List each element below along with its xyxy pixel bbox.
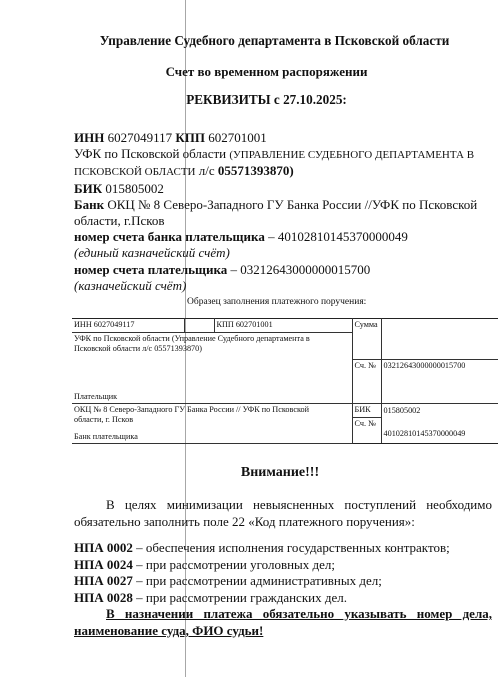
payer-account-note: (казначейский счёт) bbox=[74, 278, 494, 294]
recipient-prefix: УФК по Псковской области bbox=[74, 146, 226, 161]
cell-kpp: КПП 602701001 bbox=[214, 319, 352, 333]
account-type-title: Счет во временном распоряжении bbox=[40, 64, 493, 80]
payment-purpose-notice: В назначении платежа обязательно указыва… bbox=[74, 605, 492, 639]
code-text: – при рассмотрении гражданских дел. bbox=[133, 590, 347, 605]
recipient-line-2: ПСКОВСКОЙ ОБЛАСТИ л/с 05571393870) bbox=[74, 163, 494, 180]
cell-payer-name: УФК по Псковской области (Управление Суд… bbox=[72, 333, 352, 360]
cell-bank-account-label: Сч. № bbox=[352, 418, 381, 444]
bank-line-1: Банк ОКЦ № 8 Северо-Западного ГУ Банка Р… bbox=[74, 197, 494, 213]
recipient-caps-1: (УПРАВЛЕНИЕ СУДЕБНОГО ДЕПАРТАМЕНТА В bbox=[229, 149, 474, 161]
code-item: НПА 0002 – обеспечения исполнения госуда… bbox=[74, 540, 494, 557]
code-item: НПА 0028 – при рассмотрении гражданских … bbox=[74, 590, 494, 607]
attention-paragraph: В целях минимизации невыясненных поступл… bbox=[74, 496, 492, 530]
attention-paragraph-text: В целях минимизации невыясненных поступл… bbox=[74, 497, 492, 529]
payment-sample-caption: Образец заполнения платежного поручения: bbox=[187, 297, 366, 307]
payer-bank-account-label: номер счета банка плательщика bbox=[74, 229, 265, 244]
payer-account-value: – 03212643000000015700 bbox=[231, 262, 371, 277]
attention-title: Внимание!!! bbox=[0, 465, 501, 481]
cell-payer-label: Плательщик bbox=[72, 360, 352, 404]
bank-name-line-2: области, г. Псков bbox=[74, 415, 350, 425]
notice-text: В назначении платежа обязательно указыва… bbox=[74, 606, 492, 638]
code-label: НПА 0024 bbox=[74, 557, 133, 572]
bank-label: Банк bbox=[74, 197, 104, 212]
cell-sum-value bbox=[381, 319, 498, 360]
bank-line-2: области, г.Псков bbox=[74, 213, 494, 229]
code-text: – при рассмотрении административных дел; bbox=[133, 573, 382, 588]
cell-bik-label: БИК bbox=[352, 404, 381, 418]
inn-value: 6027049117 bbox=[108, 130, 173, 145]
code-text: – обеспечения исполнения государственных… bbox=[133, 540, 450, 555]
payer-bank-label: Банк плательщика bbox=[74, 432, 350, 442]
ls-value: 05571393870) bbox=[218, 163, 294, 178]
code-text: – при рассмотрении уголовных дел; bbox=[133, 557, 335, 572]
payment-codes-list: НПА 0002 – обеспечения исполнения госуда… bbox=[74, 540, 494, 606]
payer-account-line: номер счета плательщика – 03212643000000… bbox=[74, 262, 494, 278]
code-item: НПА 0027 – при рассмотрении администрати… bbox=[74, 573, 494, 590]
kpp-value: 602701001 bbox=[208, 130, 267, 145]
recipient-caps-2: ПСКОВСКОЙ ОБЛАСТИ bbox=[74, 166, 196, 178]
recipient-line-1: УФК по Псковской области (УПРАВЛЕНИЕ СУД… bbox=[74, 146, 494, 163]
cell-account-no: 03212643000000015700 bbox=[381, 360, 498, 404]
cell-bank-name: ОКЦ № 8 Северо-Западного ГУ Банка России… bbox=[72, 404, 352, 444]
requisites-block: ИНН 6027049117 КПП 602701001 УФК по Пско… bbox=[74, 130, 494, 294]
cell-sum-label: Сумма bbox=[352, 319, 381, 360]
payer-account-label: номер счета плательщика bbox=[74, 262, 227, 277]
org-title: Управление Судебного департамента в Пско… bbox=[48, 33, 501, 49]
inn-kpp-line: ИНН 6027049117 КПП 602701001 bbox=[74, 130, 494, 146]
kpp-label: КПП bbox=[175, 130, 205, 145]
payer-name-line-2: Псковской области л/с 05571393870) bbox=[74, 344, 350, 354]
cell-bank-account: 40102810145370000049 bbox=[381, 418, 498, 444]
payment-order-sample: ИНН 6027049117 КПП 602701001 Сумма УФК п… bbox=[72, 318, 498, 444]
cell-account-no-label: Сч. № bbox=[352, 360, 381, 404]
requisites-title: РЕКВИЗИТЫ с 27.10.2025: bbox=[40, 92, 493, 108]
bik-line: БИК 015805002 bbox=[74, 181, 494, 197]
bik-label: БИК bbox=[74, 181, 102, 196]
payer-bank-account-value: – 40102810145370000049 bbox=[268, 229, 408, 244]
code-label: НПА 0028 bbox=[74, 590, 133, 605]
payer-bank-account-note: (единый казначейский счёт) bbox=[74, 245, 494, 261]
code-item: НПА 0024 – при рассмотрении уголовных де… bbox=[74, 557, 494, 574]
bank-name-line-1: ОКЦ № 8 Северо-Западного ГУ Банка России… bbox=[74, 405, 350, 415]
cell-inn: ИНН 6027049117 bbox=[72, 319, 184, 333]
ls-label: л/с bbox=[199, 163, 215, 178]
bik-value: 015805002 bbox=[105, 181, 164, 196]
inn-label: ИНН bbox=[74, 130, 104, 145]
payer-name-line-1: УФК по Псковской области (Управление Суд… bbox=[74, 334, 350, 344]
code-label: НПА 0027 bbox=[74, 573, 133, 588]
cell-bik: 015805002 bbox=[381, 404, 498, 418]
code-label: НПА 0002 bbox=[74, 540, 133, 555]
bank-name-1: ОКЦ № 8 Северо-Западного ГУ Банка России… bbox=[107, 197, 477, 212]
cell-empty bbox=[184, 319, 214, 333]
payer-bank-account-line: номер счета банка плательщика – 40102810… bbox=[74, 229, 494, 245]
